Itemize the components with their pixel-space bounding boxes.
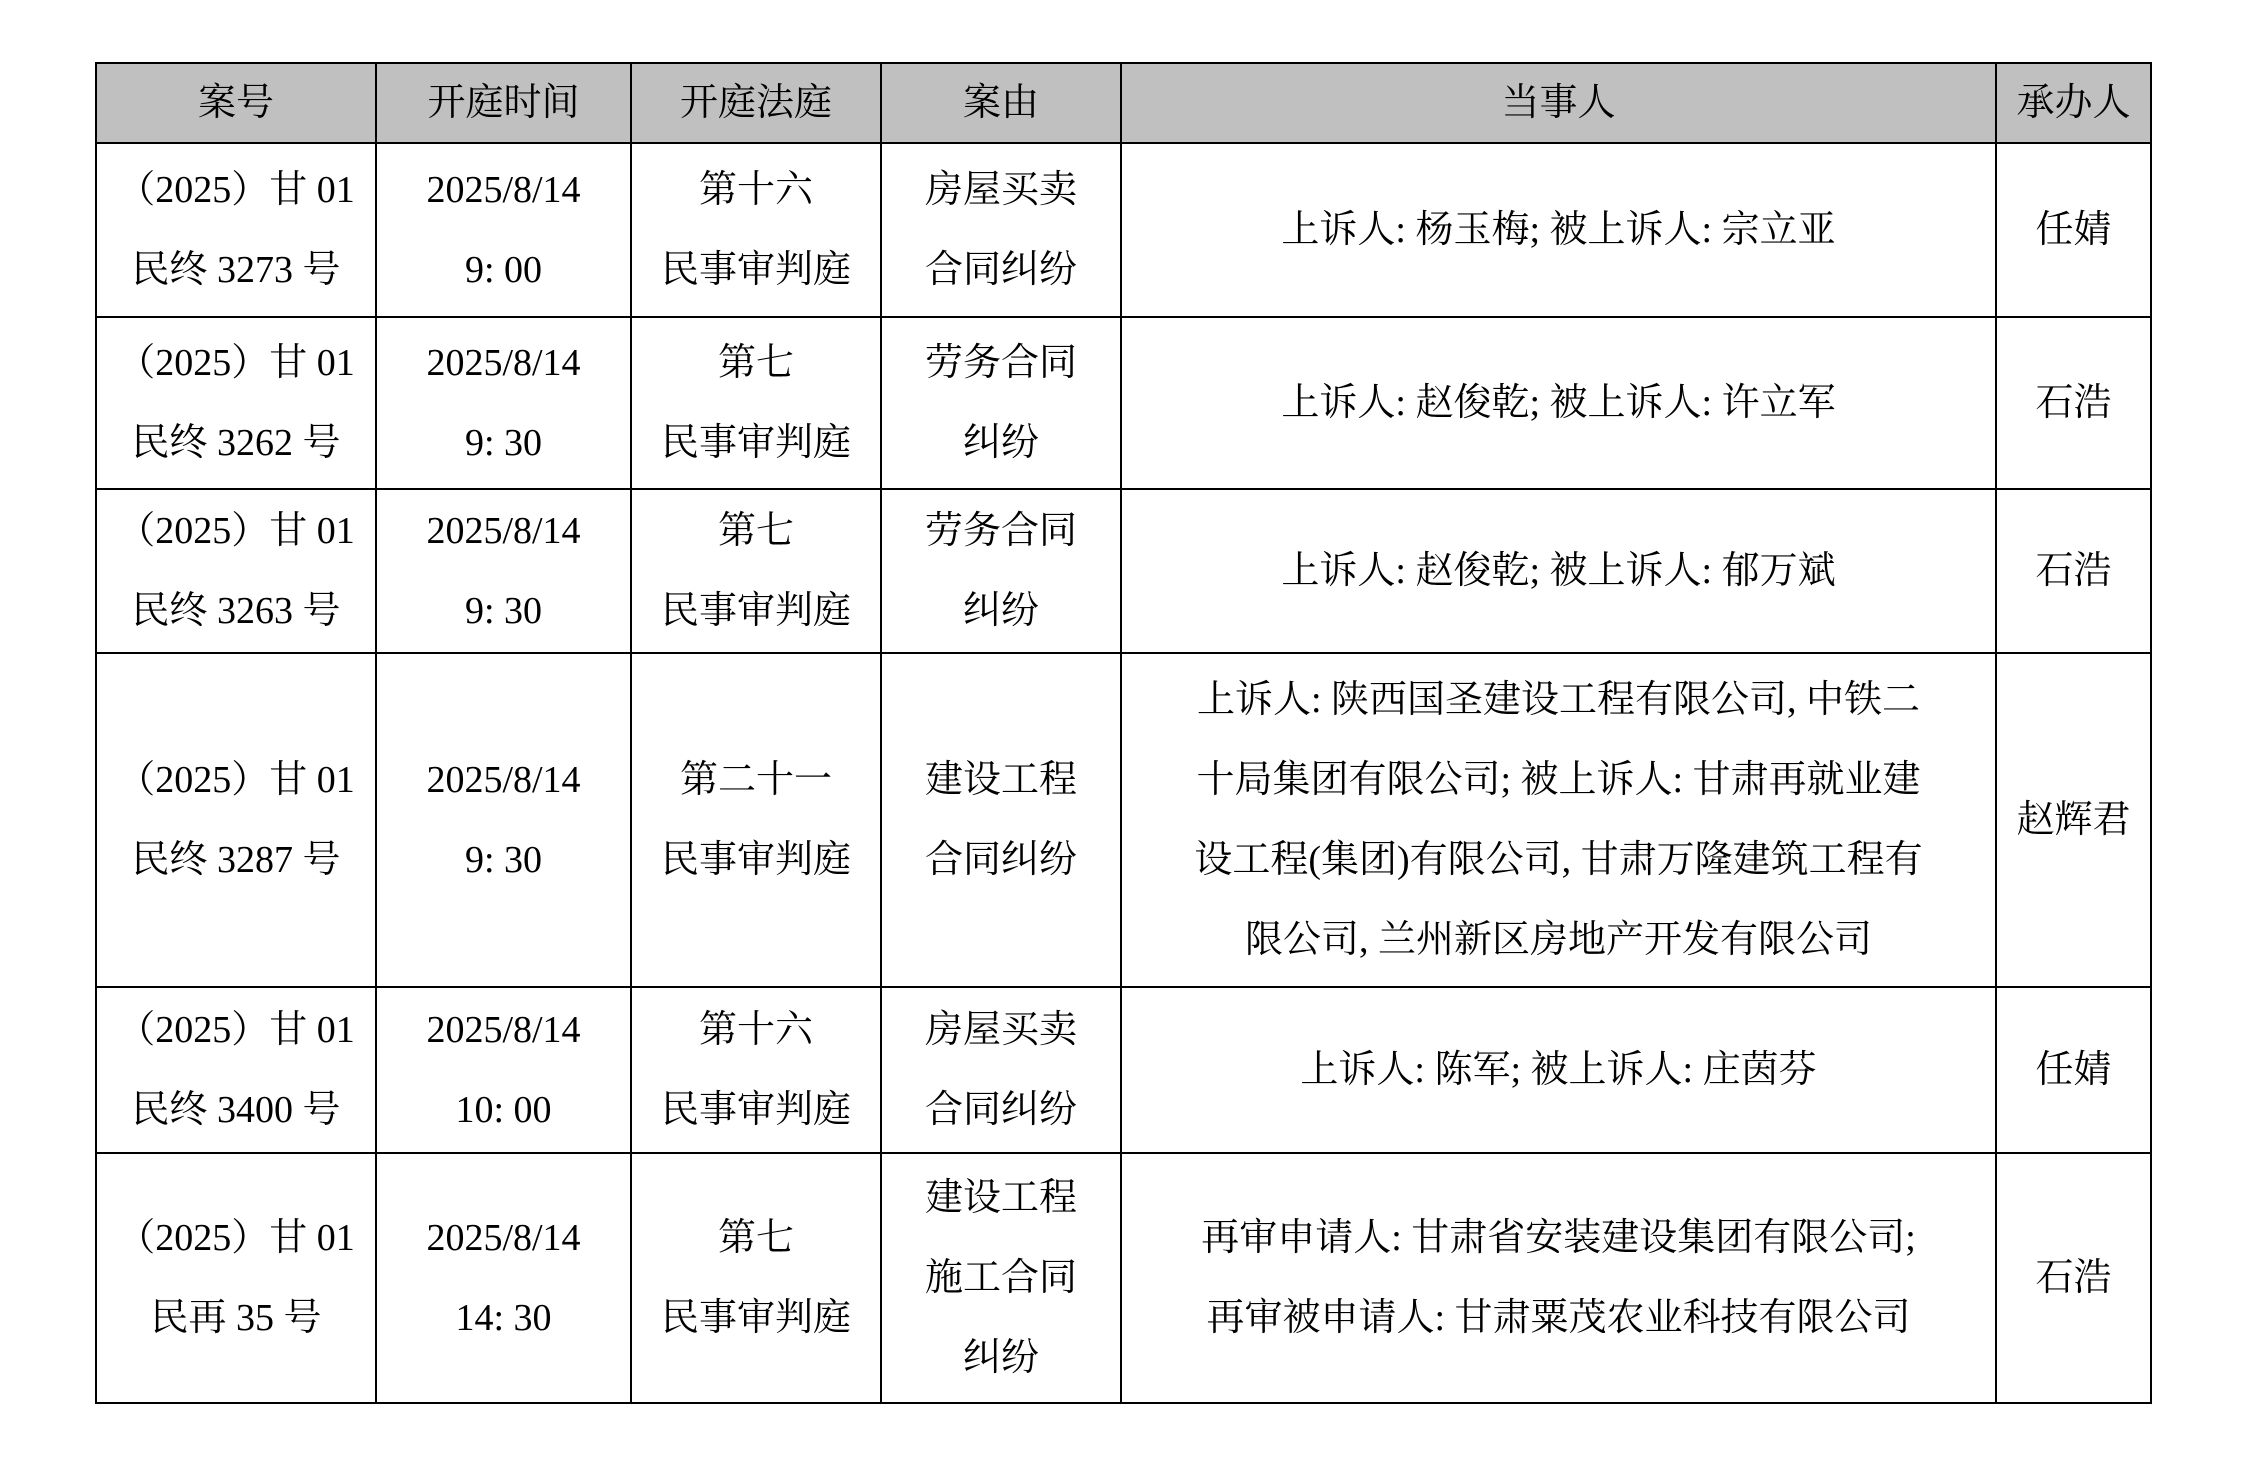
cell-time: 2025/8/14 9: 00 <box>376 143 631 317</box>
header-court: 开庭法庭 <box>631 63 881 143</box>
cell-handler: 石浩 <box>1996 489 2151 653</box>
table-row: （2025）甘 01 民再 35 号 2025/8/14 14: 30 第七 民… <box>96 1153 2151 1403</box>
table-row: （2025）甘 01 民终 3263 号 2025/8/14 9: 30 第七 … <box>96 489 2151 653</box>
cell-court: 第十六 民事审判庭 <box>631 143 881 317</box>
cell-time: 2025/8/14 9: 30 <box>376 317 631 489</box>
cell-court: 第七 民事审判庭 <box>631 1153 881 1403</box>
table-row: （2025）甘 01 民终 3287 号 2025/8/14 9: 30 第二十… <box>96 653 2151 987</box>
cell-time: 2025/8/14 10: 00 <box>376 987 631 1153</box>
cell-cause: 房屋买卖 合同纠纷 <box>881 987 1121 1153</box>
cell-handler: 赵辉君 <box>1996 653 2151 987</box>
cell-cause: 房屋买卖 合同纠纷 <box>881 143 1121 317</box>
cell-cause: 劳务合同 纠纷 <box>881 489 1121 653</box>
cell-handler: 石浩 <box>1996 317 2151 489</box>
cell-case-no: （2025）甘 01 民终 3287 号 <box>96 653 376 987</box>
header-parties: 当事人 <box>1121 63 1996 143</box>
cell-handler: 石浩 <box>1996 1153 2151 1403</box>
cell-handler: 任婧 <box>1996 987 2151 1153</box>
cell-time: 2025/8/14 9: 30 <box>376 489 631 653</box>
cell-parties: 上诉人: 杨玉梅; 被上诉人: 宗立亚 <box>1121 143 1996 317</box>
cell-parties: 上诉人: 陕西国圣建设工程有限公司, 中铁二 十局集团有限公司; 被上诉人: 甘… <box>1121 653 1996 987</box>
cell-parties: 再审申请人: 甘肃省安装建设集团有限公司; 再审被申请人: 甘肃粟茂农业科技有限… <box>1121 1153 1996 1403</box>
cell-time: 2025/8/14 14: 30 <box>376 1153 631 1403</box>
header-cause: 案由 <box>881 63 1121 143</box>
header-row: 案号 开庭时间 开庭法庭 案由 当事人 承办人 <box>96 63 2151 143</box>
table-row: （2025）甘 01 民终 3400 号 2025/8/14 10: 00 第十… <box>96 987 2151 1153</box>
cell-case-no: （2025）甘 01 民终 3273 号 <box>96 143 376 317</box>
cell-cause: 建设工程 合同纠纷 <box>881 653 1121 987</box>
cell-court: 第七 民事审判庭 <box>631 317 881 489</box>
cell-case-no: （2025）甘 01 民终 3263 号 <box>96 489 376 653</box>
table-row: （2025）甘 01 民终 3273 号 2025/8/14 9: 00 第十六… <box>96 143 2151 317</box>
cell-parties: 上诉人: 赵俊乾; 被上诉人: 许立军 <box>1121 317 1996 489</box>
cell-case-no: （2025）甘 01 民终 3400 号 <box>96 987 376 1153</box>
cell-cause: 劳务合同 纠纷 <box>881 317 1121 489</box>
cell-case-no: （2025）甘 01 民再 35 号 <box>96 1153 376 1403</box>
cell-court: 第十六 民事审判庭 <box>631 987 881 1153</box>
cell-court: 第七 民事审判庭 <box>631 489 881 653</box>
cell-parties: 上诉人: 陈军; 被上诉人: 庄茵芬 <box>1121 987 1996 1153</box>
cell-court: 第二十一 民事审判庭 <box>631 653 881 987</box>
hearing-schedule-table: 案号 开庭时间 开庭法庭 案由 当事人 承办人 （2025）甘 01 民终 32… <box>95 62 2152 1404</box>
table-row: （2025）甘 01 民终 3262 号 2025/8/14 9: 30 第七 … <box>96 317 2151 489</box>
cell-cause: 建设工程 施工合同 纠纷 <box>881 1153 1121 1403</box>
cell-parties: 上诉人: 赵俊乾; 被上诉人: 郁万斌 <box>1121 489 1996 653</box>
header-case-no: 案号 <box>96 63 376 143</box>
header-handler: 承办人 <box>1996 63 2151 143</box>
cell-handler: 任婧 <box>1996 143 2151 317</box>
cell-case-no: （2025）甘 01 民终 3262 号 <box>96 317 376 489</box>
cell-time: 2025/8/14 9: 30 <box>376 653 631 987</box>
header-time: 开庭时间 <box>376 63 631 143</box>
